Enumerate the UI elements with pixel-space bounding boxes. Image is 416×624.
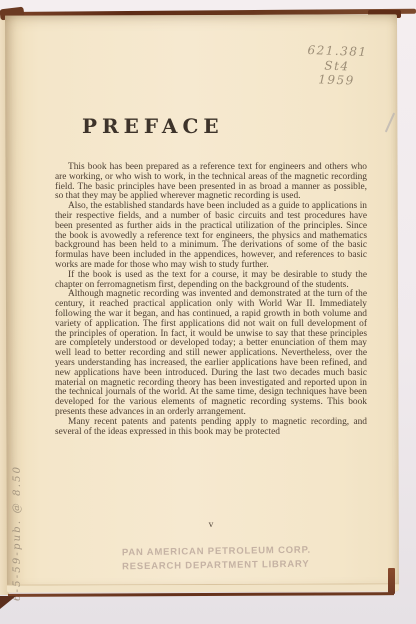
paragraph-5: Many recent patents and patents pending … [55,418,367,438]
book-cover-bottom-edge [8,592,394,597]
pencil-call-number: 621.381 St4 1959 [291,42,382,89]
page-bottom-edge [7,583,399,592]
paragraph-3: If the book is used as the text for a co… [55,271,367,291]
paragraph-1: This book has been prepared as a referen… [55,163,367,202]
call-number-line-3: 1959 [291,71,381,89]
paragraph-4: Although magnetic recording was invented… [55,290,367,417]
pencil-spine-note: 6-5-59-pub. @ 8.50 [12,465,23,601]
page-title: PREFACE [82,114,224,138]
stamp-line-2: RESEARCH DEPARTMENT LIBRARY [122,557,311,573]
library-stamp: PAN AMERICAN PETROLEUM CORP. RESEARCH DE… [122,544,311,574]
paragraph-2: Also, the established standards have bee… [55,202,367,271]
book-photo: 621.381 St4 1959 PREFACE This book has b… [0,0,416,624]
preface-body: This book has been prepared as a referen… [55,163,367,437]
book-cover-right-edge [388,568,395,594]
page-number: v [55,520,367,530]
